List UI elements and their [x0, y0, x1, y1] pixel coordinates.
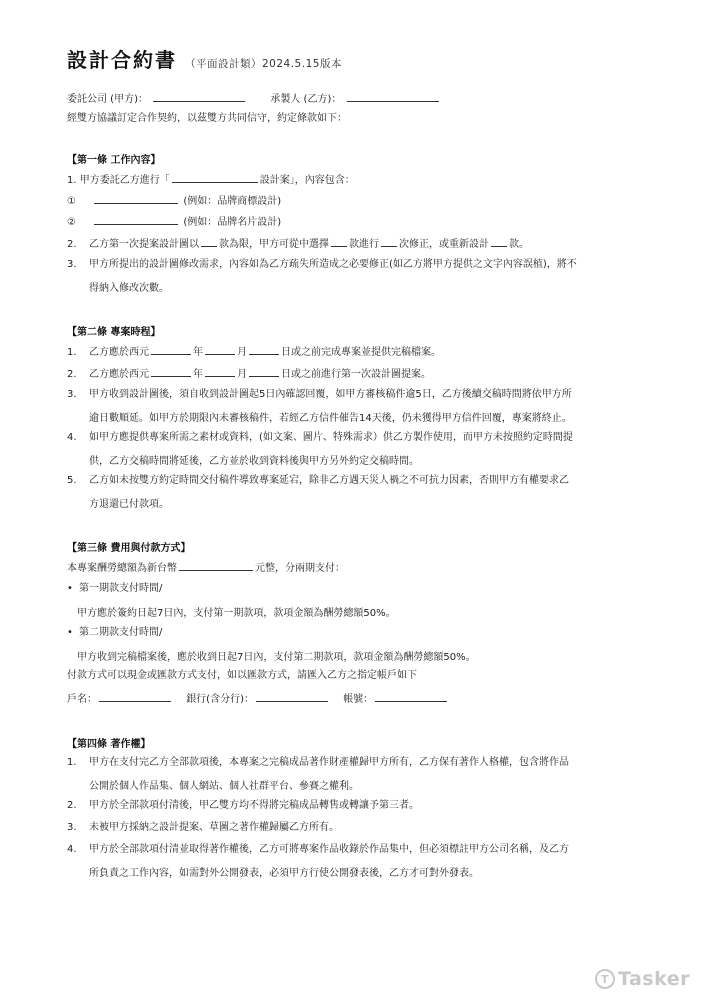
- contract-page: 設計合約書 （平面設計類）2024.5.15版本 委託公司 (甲方)： 承製人 …: [0, 0, 706, 1000]
- account-name-label: 戶名：: [67, 694, 97, 705]
- text: 月: [237, 347, 247, 358]
- total-amount-blank[interactable]: [179, 560, 253, 571]
- article2-item5: 5.乙方如未按雙方約定時間交付稿件導致專案延宕，除非乙方遇天災人禍之不可抗力因素…: [67, 474, 569, 488]
- text: 甲方所提出的設計圖修改需求，內容如為乙方疏失所造成之必要修正(如乙方將甲方提供之…: [89, 259, 577, 270]
- article2-item3: 3.甲方收到設計圖後，須自收到設計圖起5日內確認回覆，如甲方審核稿件逾5日，乙方…: [67, 388, 572, 402]
- article1-item2: 2.乙方第一次提案設計圖以款為限，甲方可從中選擇款進行次修正，或重新設計款。: [67, 236, 529, 252]
- article1-item1: 1. 甲方委託乙方進行「設計案」，內容包含：: [67, 172, 355, 188]
- article3-phase1-title: •第一期款支付時間/: [67, 582, 162, 596]
- text: 年: [193, 369, 203, 380]
- party-a-blank[interactable]: [153, 91, 245, 102]
- tasker-watermark: T Tasker: [595, 968, 690, 990]
- bullet-icon: •: [67, 582, 79, 596]
- bank-label: 銀行(含分行)：: [186, 694, 254, 705]
- proposal-count-blank[interactable]: [201, 236, 217, 247]
- item-number: 4.: [67, 431, 89, 445]
- article3-phase1-text: 甲方應於簽約日起7日內，支付第一期款項，款項金額為酬勞總額50%。: [77, 604, 396, 619]
- article4-item1: 1.甲方在支付完乙方全部款項後，本專案之完稿成品著作財產權歸甲方所有，乙方保有著…: [67, 756, 569, 770]
- article3-total: 本專案酬勞總額為新台幣元整，分兩期支付：: [67, 560, 345, 576]
- sub2-example: (例如：品牌名片設計): [183, 217, 281, 228]
- article2-item5-cont: 方退還已付款項。: [89, 495, 169, 510]
- text: 甲方收到設計圖後，須自收到設計圖起5日內確認回覆，如甲方審核稿件逾5日，乙方後續…: [89, 389, 572, 400]
- text: 款進行: [349, 239, 379, 250]
- article4-heading: 【第四條 著作權】: [67, 735, 150, 750]
- parties-line: 委託公司 (甲方)： 承製人 (乙方)：: [67, 91, 441, 107]
- article1-item3: 3.甲方所提出的設計圖修改需求，內容如為乙方疏失所造成之必要修正(如乙方將甲方提…: [67, 258, 577, 272]
- circled-two-marker: ②: [67, 216, 89, 230]
- document-title: 設計合約書: [67, 44, 177, 73]
- revision-count-blank[interactable]: [381, 236, 397, 247]
- day-blank[interactable]: [249, 366, 279, 377]
- article3-phase2-text: 甲方收到完稿檔案後，應於收到日起7日內，支付第二期款項，款項金額為酬勞總額50%…: [77, 648, 476, 663]
- tasker-logo-text: Tasker: [618, 968, 690, 990]
- text: 款。: [509, 239, 529, 250]
- item-number: 2.: [67, 799, 89, 813]
- text: 甲方於全部款項付清後，甲乙雙方均不得將完稿成品轉售或轉讓予第三者。: [89, 800, 419, 811]
- text: 乙方應於西元: [89, 369, 149, 380]
- text: 年: [193, 347, 203, 358]
- article2-item4: 4.如甲方應提供專案所需之素材或資料，(如文案、圖片、特殊需求）供乙方製作使用，…: [67, 431, 573, 445]
- article2-item2: 2.乙方應於西元年月日或之前進行第一次設計圖提案。: [67, 366, 431, 382]
- article1-item1-suffix: 設計案」，內容包含：: [260, 175, 355, 186]
- sub1-example: (例如：品牌商標設計): [183, 196, 281, 207]
- year-blank[interactable]: [151, 344, 191, 355]
- article2-heading: 【第二條 專案時程】: [67, 323, 160, 338]
- account-number-blank[interactable]: [375, 691, 447, 702]
- bank-account-line: 戶名： 銀行(含分行)： 帳號：: [67, 691, 449, 707]
- article1-sub2: ② (例如：品牌名片設計): [67, 214, 281, 230]
- text: 日或之前進行第一次設計圖提案。: [281, 369, 431, 380]
- text: 第一期款支付時間/: [79, 583, 162, 594]
- title-row: 設計合約書 （平面設計類）2024.5.15版本: [67, 44, 342, 73]
- article4-item4: 4.甲方於全部款項付清並取得著作權後，乙方可將專案作品收錄於作品集中，但必須標註…: [67, 843, 569, 857]
- text: 乙方應於西元: [89, 347, 149, 358]
- account-number-label: 帳號：: [343, 694, 373, 705]
- text: 款為限，甲方可從中選擇: [219, 239, 329, 250]
- item-number: 3.: [67, 821, 89, 835]
- text: 本專案酬勞總額為新台幣: [67, 563, 177, 574]
- article4-item1-cont: 公開於個人作品集、個人網站、個人社群平台、參賽之權利。: [89, 777, 359, 792]
- item-number: 4.: [67, 843, 89, 857]
- item-number: 3.: [67, 388, 89, 402]
- text: 乙方第一次提案設計圖以: [89, 239, 199, 250]
- article4-item2: 2.甲方於全部款項付清後，甲乙雙方均不得將完稿成品轉售或轉讓予第三者。: [67, 799, 419, 813]
- intro-text: 經雙方協議訂定合作契約，以茲雙方共同信守，約定條款如下：: [67, 112, 347, 126]
- account-name-blank[interactable]: [99, 691, 171, 702]
- payment-method: 付款方式可以現金或匯款方式支付，如以匯款方式，請匯入乙方之指定帳戶如下: [67, 669, 417, 683]
- party-b-label: 承製人 (乙方)：: [270, 94, 341, 105]
- select-count-blank[interactable]: [331, 236, 347, 247]
- bullet-icon: •: [67, 626, 79, 640]
- article1-sub1: ① (例如：品牌商標設計): [67, 193, 281, 209]
- year-blank[interactable]: [151, 366, 191, 377]
- month-blank[interactable]: [205, 366, 235, 377]
- article3-phase2-title: •第二期款支付時間/: [67, 626, 162, 640]
- text: 日或之前完成專案並提供完稿檔案。: [281, 347, 441, 358]
- item-number: 2.: [67, 368, 89, 382]
- text: 次修正，或重新設計: [399, 239, 489, 250]
- article2-item4-cont: 供，乙方交稿時間將延後，乙方並於收到資料後與甲方另外約定交稿時間。: [89, 452, 419, 467]
- redesign-count-blank[interactable]: [491, 236, 507, 247]
- party-b-blank[interactable]: [347, 91, 439, 102]
- text: 甲方在支付完乙方全部款項後，本專案之完稿成品著作財產權歸甲方所有，乙方保有著作人…: [89, 757, 569, 768]
- text: 元整，分兩期支付：: [255, 563, 345, 574]
- item-number: 3.: [67, 258, 89, 272]
- article2-item1: 1.乙方應於西元年月日或之前完成專案並提供完稿檔案。: [67, 344, 441, 360]
- text: 月: [237, 369, 247, 380]
- item-number: 1.: [67, 756, 89, 770]
- party-a-label: 委託公司 (甲方)：: [67, 94, 148, 105]
- text: 未被甲方採納之設計提案、草圖之著作權歸屬乙方所有。: [89, 822, 339, 833]
- article1-item1-prefix: 1. 甲方委託乙方進行「: [67, 175, 170, 186]
- text: 乙方如未按雙方約定時間交付稿件導致專案延宕，除非乙方遇天災人禍之不可抗力因素，否…: [89, 475, 569, 486]
- day-blank[interactable]: [249, 344, 279, 355]
- tasker-logo-icon: T: [595, 969, 615, 989]
- article2-item3-cont: 逾日數順延。如甲方於期限內未審核稿件，若經乙方信件催告14天後，仍未獲得甲方信件…: [89, 409, 572, 424]
- bank-blank[interactable]: [256, 691, 328, 702]
- sub1-blank[interactable]: [94, 193, 178, 204]
- project-name-blank[interactable]: [172, 172, 258, 183]
- text: 第二期款支付時間/: [79, 627, 162, 638]
- article1-item3-cont: 得納入修改次數。: [89, 279, 169, 294]
- article3-heading: 【第三條 費用與付款方式】: [67, 539, 190, 554]
- item-number: 2.: [67, 238, 89, 252]
- article4-item4-cont: 所負責之工作內容，如需對外公開發表，必須甲方行使公開發表後，乙方才可對外發表。: [89, 864, 479, 879]
- article4-item3: 3.未被甲方採納之設計提案、草圖之著作權歸屬乙方所有。: [67, 821, 339, 835]
- item-number: 1.: [67, 346, 89, 360]
- sub2-blank[interactable]: [94, 214, 178, 225]
- text: 甲方於全部款項付清並取得著作權後，乙方可將專案作品收錄於作品集中，但必須標註甲方…: [89, 844, 569, 855]
- item-number: 5.: [67, 474, 89, 488]
- document-subtitle: （平面設計類）2024.5.15版本: [185, 56, 342, 71]
- month-blank[interactable]: [205, 344, 235, 355]
- circled-one-marker: ①: [67, 195, 89, 209]
- article1-heading: 【第一條 工作內容】: [67, 151, 160, 166]
- text: 如甲方應提供專案所需之素材或資料，(如文案、圖片、特殊需求）供乙方製作使用，而甲…: [89, 432, 573, 443]
